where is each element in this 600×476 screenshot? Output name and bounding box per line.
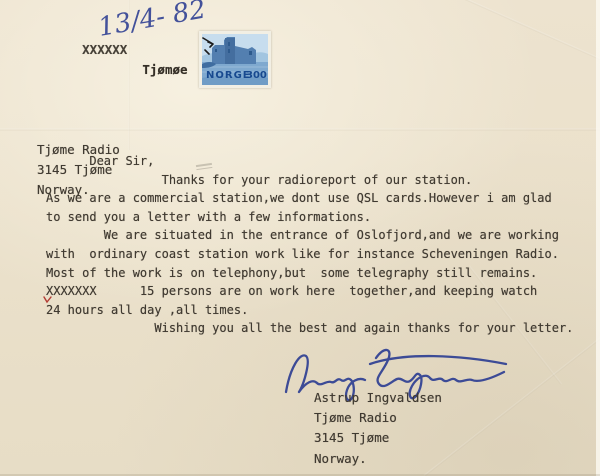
postage-stamp-icon: NORGE 300 — [199, 31, 271, 88]
stamp-value-text: 300 — [246, 70, 267, 81]
signoff-line: Tjøme Radio — [314, 408, 442, 428]
body-line: with ordinary coast station work like fo… — [46, 245, 573, 264]
body-line: XXXXXXX 15 persons are on work here toge… — [46, 282, 573, 301]
struck-word-text: Tjømøe — [142, 62, 187, 77]
signoff-line: 3145 Tjøme — [314, 428, 442, 448]
scan-edge — [596, 0, 600, 476]
signoff-block: Astrup Ingvaldsen Tjøme Radio 3145 Tjøme… — [314, 388, 442, 469]
scanned-letter: Tjømøe XXXXXX Tjøme Radio 3145 Tjøme Nor… — [0, 0, 600, 476]
body-line: Dear Sir, — [46, 152, 573, 171]
body-line: 24 hours all day ,all times. — [46, 301, 573, 320]
red-proof-mark — [43, 296, 53, 304]
signoff-line: Norway. — [314, 449, 442, 469]
date-text: 13/4- 82 — [96, 0, 208, 43]
body-line: Wishing you all the best and again thank… — [46, 319, 573, 338]
ink-arrow-mark — [202, 34, 218, 56]
body-line: Thanks for your radioreport of our stati… — [46, 171, 573, 190]
stamp-country-text: NORGE — [206, 70, 251, 81]
body-line: Most of the work is on telephony,but som… — [46, 264, 573, 283]
body-line: As we are a commercial station,we dont u… — [46, 189, 573, 208]
crease-line — [391, 0, 600, 73]
body-line: to send you a letter with a few informat… — [46, 208, 573, 227]
letter-body: Dear Sir, Thanks for your radioreport of… — [46, 152, 573, 338]
signoff-line: Astrup Ingvaldsen — [314, 388, 442, 408]
body-line: We are situated in the entrance of Oslof… — [46, 226, 573, 245]
